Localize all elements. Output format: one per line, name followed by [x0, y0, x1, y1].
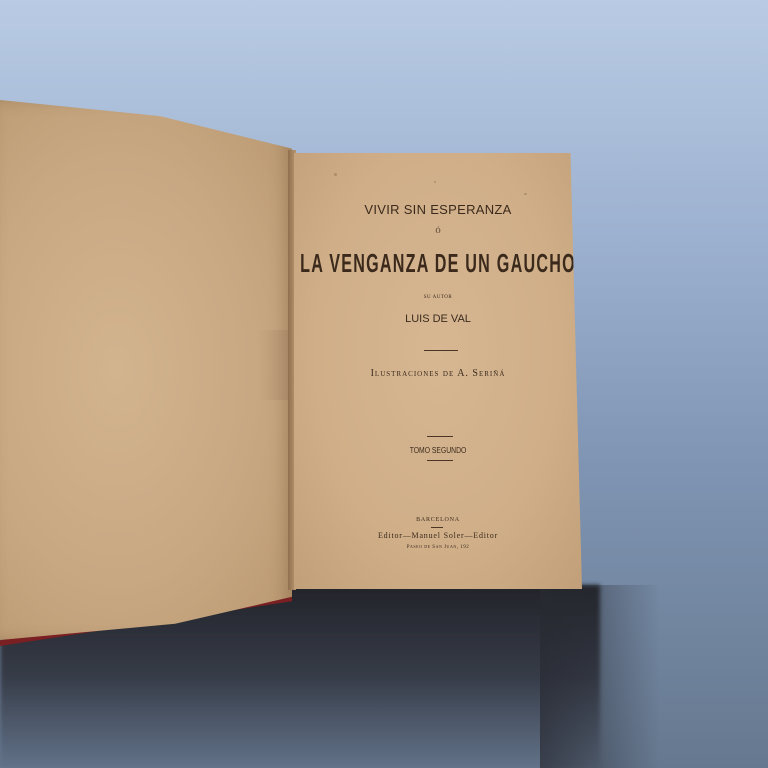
page-fold-crease — [258, 330, 292, 400]
book-shadow-edge — [540, 585, 660, 768]
divider-rule — [431, 527, 443, 528]
publisher-address: Paseo de San Juan, 192 — [294, 544, 582, 550]
divider-rule — [424, 350, 458, 351]
divider-rule — [427, 460, 453, 461]
foxing-spot — [334, 173, 337, 176]
author-name: LUIS DE VAL — [294, 313, 582, 325]
subtitle: VIVIR SIN ESPERANZA — [294, 202, 582, 217]
foxing-spot — [434, 181, 436, 183]
volume-label: TOMO SEGUNDO — [316, 446, 561, 455]
divider-rule — [427, 436, 453, 437]
left-blank-page — [0, 100, 292, 640]
author-label: SU AUTOR — [294, 295, 582, 300]
publisher-name: Editor—Manuel Soler—Editor — [294, 531, 582, 540]
conjunction: Ó — [294, 227, 582, 235]
book-title: LA VENGANZA DE UN GAUCHO — [287, 248, 590, 279]
photo-scene: VIVIR SIN ESPERANZA Ó LA VENGANZA DE UN … — [0, 0, 768, 768]
publisher-city: BARCELONA — [294, 517, 582, 523]
title-page: VIVIR SIN ESPERANZA Ó LA VENGANZA DE UN … — [294, 153, 582, 589]
illustrator-credit: Ilustraciones de A. Seriñá — [294, 368, 582, 379]
foxing-spot — [524, 193, 527, 195]
